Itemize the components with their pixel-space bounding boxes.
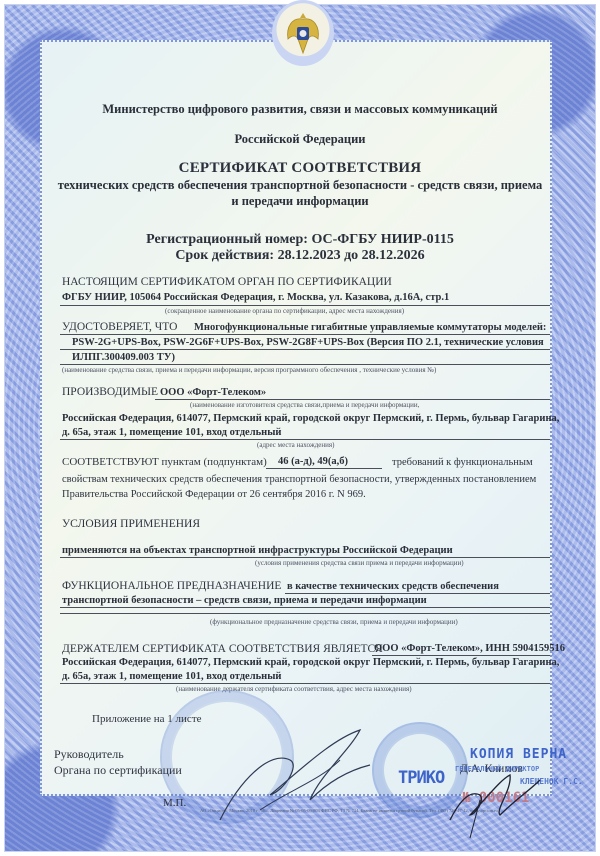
- holder-address-line1: Российская Федерация, 614077, Пермский к…: [62, 657, 559, 668]
- purpose-underline-1: [285, 593, 550, 594]
- certificate-title: СЕРТИФИКАТ СООТВЕТСТВИЯ: [0, 160, 600, 177]
- double-headed-eagle-icon: [282, 9, 324, 57]
- conforms-value: 46 (а-д), 49(а,б): [278, 456, 348, 467]
- ministry-name: Министерство цифрового развития, связи и…: [0, 102, 600, 117]
- purpose-value-line2: транспортной безопасности – средств связ…: [62, 595, 427, 606]
- conforms-underline: [266, 468, 382, 469]
- conditions-underline: [60, 557, 550, 558]
- producer-value: ООО «Форт-Телеком»: [160, 387, 266, 398]
- producer-hint: (наименование изготовителя средства связ…: [190, 401, 419, 409]
- issuer-value: ФГБУ НИИР, 105064 Российская Федерация, …: [62, 292, 449, 303]
- conforms-line3: Правительства Российской Федерации от 26…: [62, 489, 366, 500]
- validity-period: Срок действия: 28.12.2023 до 28.12.2026: [0, 248, 600, 264]
- issuer-underline: [60, 305, 550, 306]
- company-seal-logo: ТРИКО: [398, 768, 444, 788]
- purpose-underline-3: [60, 613, 550, 614]
- producer-address-line1: Российская Федерация, 614077, Пермский к…: [62, 413, 559, 424]
- producer-address-line2: д. 65а, этаж 1, помещение 101, вход отде…: [62, 427, 281, 438]
- certificate-subtitle-line1: технических средств обеспечения транспор…: [0, 178, 600, 193]
- certifies-underline-1: [60, 334, 550, 335]
- seal-mark: М.П.: [163, 797, 186, 809]
- holder-address-line2: д. 65а, этаж 1, помещение 101, вход отде…: [62, 671, 281, 682]
- holder-value: ООО «Форт-Телеком», ИНН 5904159516: [374, 643, 565, 654]
- conditions-label: УСЛОВИЯ ПРИМЕНЕНИЯ: [62, 518, 200, 530]
- certificate-subtitle-line2: и передачи информации: [0, 194, 600, 209]
- conforms-line2: свойствам технических средств обеспечени…: [62, 474, 536, 485]
- holder-label: ДЕРЖАТЕЛЕМ СЕРТИФИКАТА СООТВЕТСТВИЯ ЯВЛЯ…: [62, 643, 383, 655]
- registration-number: Регистрационный номер: ОС-ФГБУ НИИР-0115: [0, 232, 600, 248]
- certifies-label: УДОСТОВЕРЯЕТ, ЧТО: [62, 321, 177, 333]
- producer-address-hint: (адрес места нахождения): [257, 441, 334, 449]
- producer-address-underline: [60, 439, 550, 440]
- head-title-line1: Руководитель: [54, 747, 124, 762]
- head-title-line2: Органа по сертификации: [54, 763, 182, 778]
- appendix-note: Приложение на 1 листе: [92, 713, 202, 725]
- conditions-value: применяются на объектах транспортной инф…: [62, 545, 453, 556]
- federation-name: Российской Федерации: [0, 132, 600, 147]
- head-signature: [200, 720, 400, 830]
- purpose-hint: (функциональное предназначение средства …: [210, 618, 458, 626]
- purpose-underline-2: [60, 607, 550, 608]
- purpose-label: ФУНКЦИОНАЛЬНОЕ ПРЕДНАЗНАЧЕНИЕ: [62, 580, 281, 592]
- director-signature: [440, 760, 550, 840]
- holder-underline: [372, 655, 550, 656]
- certifies-value-line3: ИЛПГ.300409.003 ТУ): [72, 352, 175, 363]
- certifies-hint: (наименование средства связи, приема и п…: [62, 366, 436, 374]
- conforms-label: СООТВЕТСТВУЮТ пунктам (подпунктам): [62, 456, 267, 468]
- certifies-underline-2: [60, 349, 550, 350]
- ministry-emblem: [272, 0, 334, 66]
- producer-underline: [155, 399, 550, 400]
- certifies-value-line1: Многофункциональные гигабитные управляем…: [194, 322, 546, 333]
- conforms-tail: требований к функциональным: [392, 457, 533, 468]
- holder-address-underline: [60, 683, 550, 684]
- certifies-value-line2: PSW-2G+UPS-Box, PSW-2G6F+UPS-Box, PSW-2G…: [72, 337, 544, 348]
- issuer-label: НАСТОЯЩИМ СЕРТИФИКАТОМ ОРГАН ПО СЕРТИФИК…: [62, 276, 392, 288]
- certifies-underline-3: [60, 364, 550, 365]
- producer-label: ПРОИЗВОДИМЫЕ: [62, 386, 158, 398]
- purpose-value-line1: в качестве технических средств обеспечен…: [287, 581, 499, 592]
- conditions-hint: (условия применения средства связи прием…: [255, 559, 464, 567]
- issuer-hint: (сокращенное наименование органа по серт…: [165, 307, 404, 315]
